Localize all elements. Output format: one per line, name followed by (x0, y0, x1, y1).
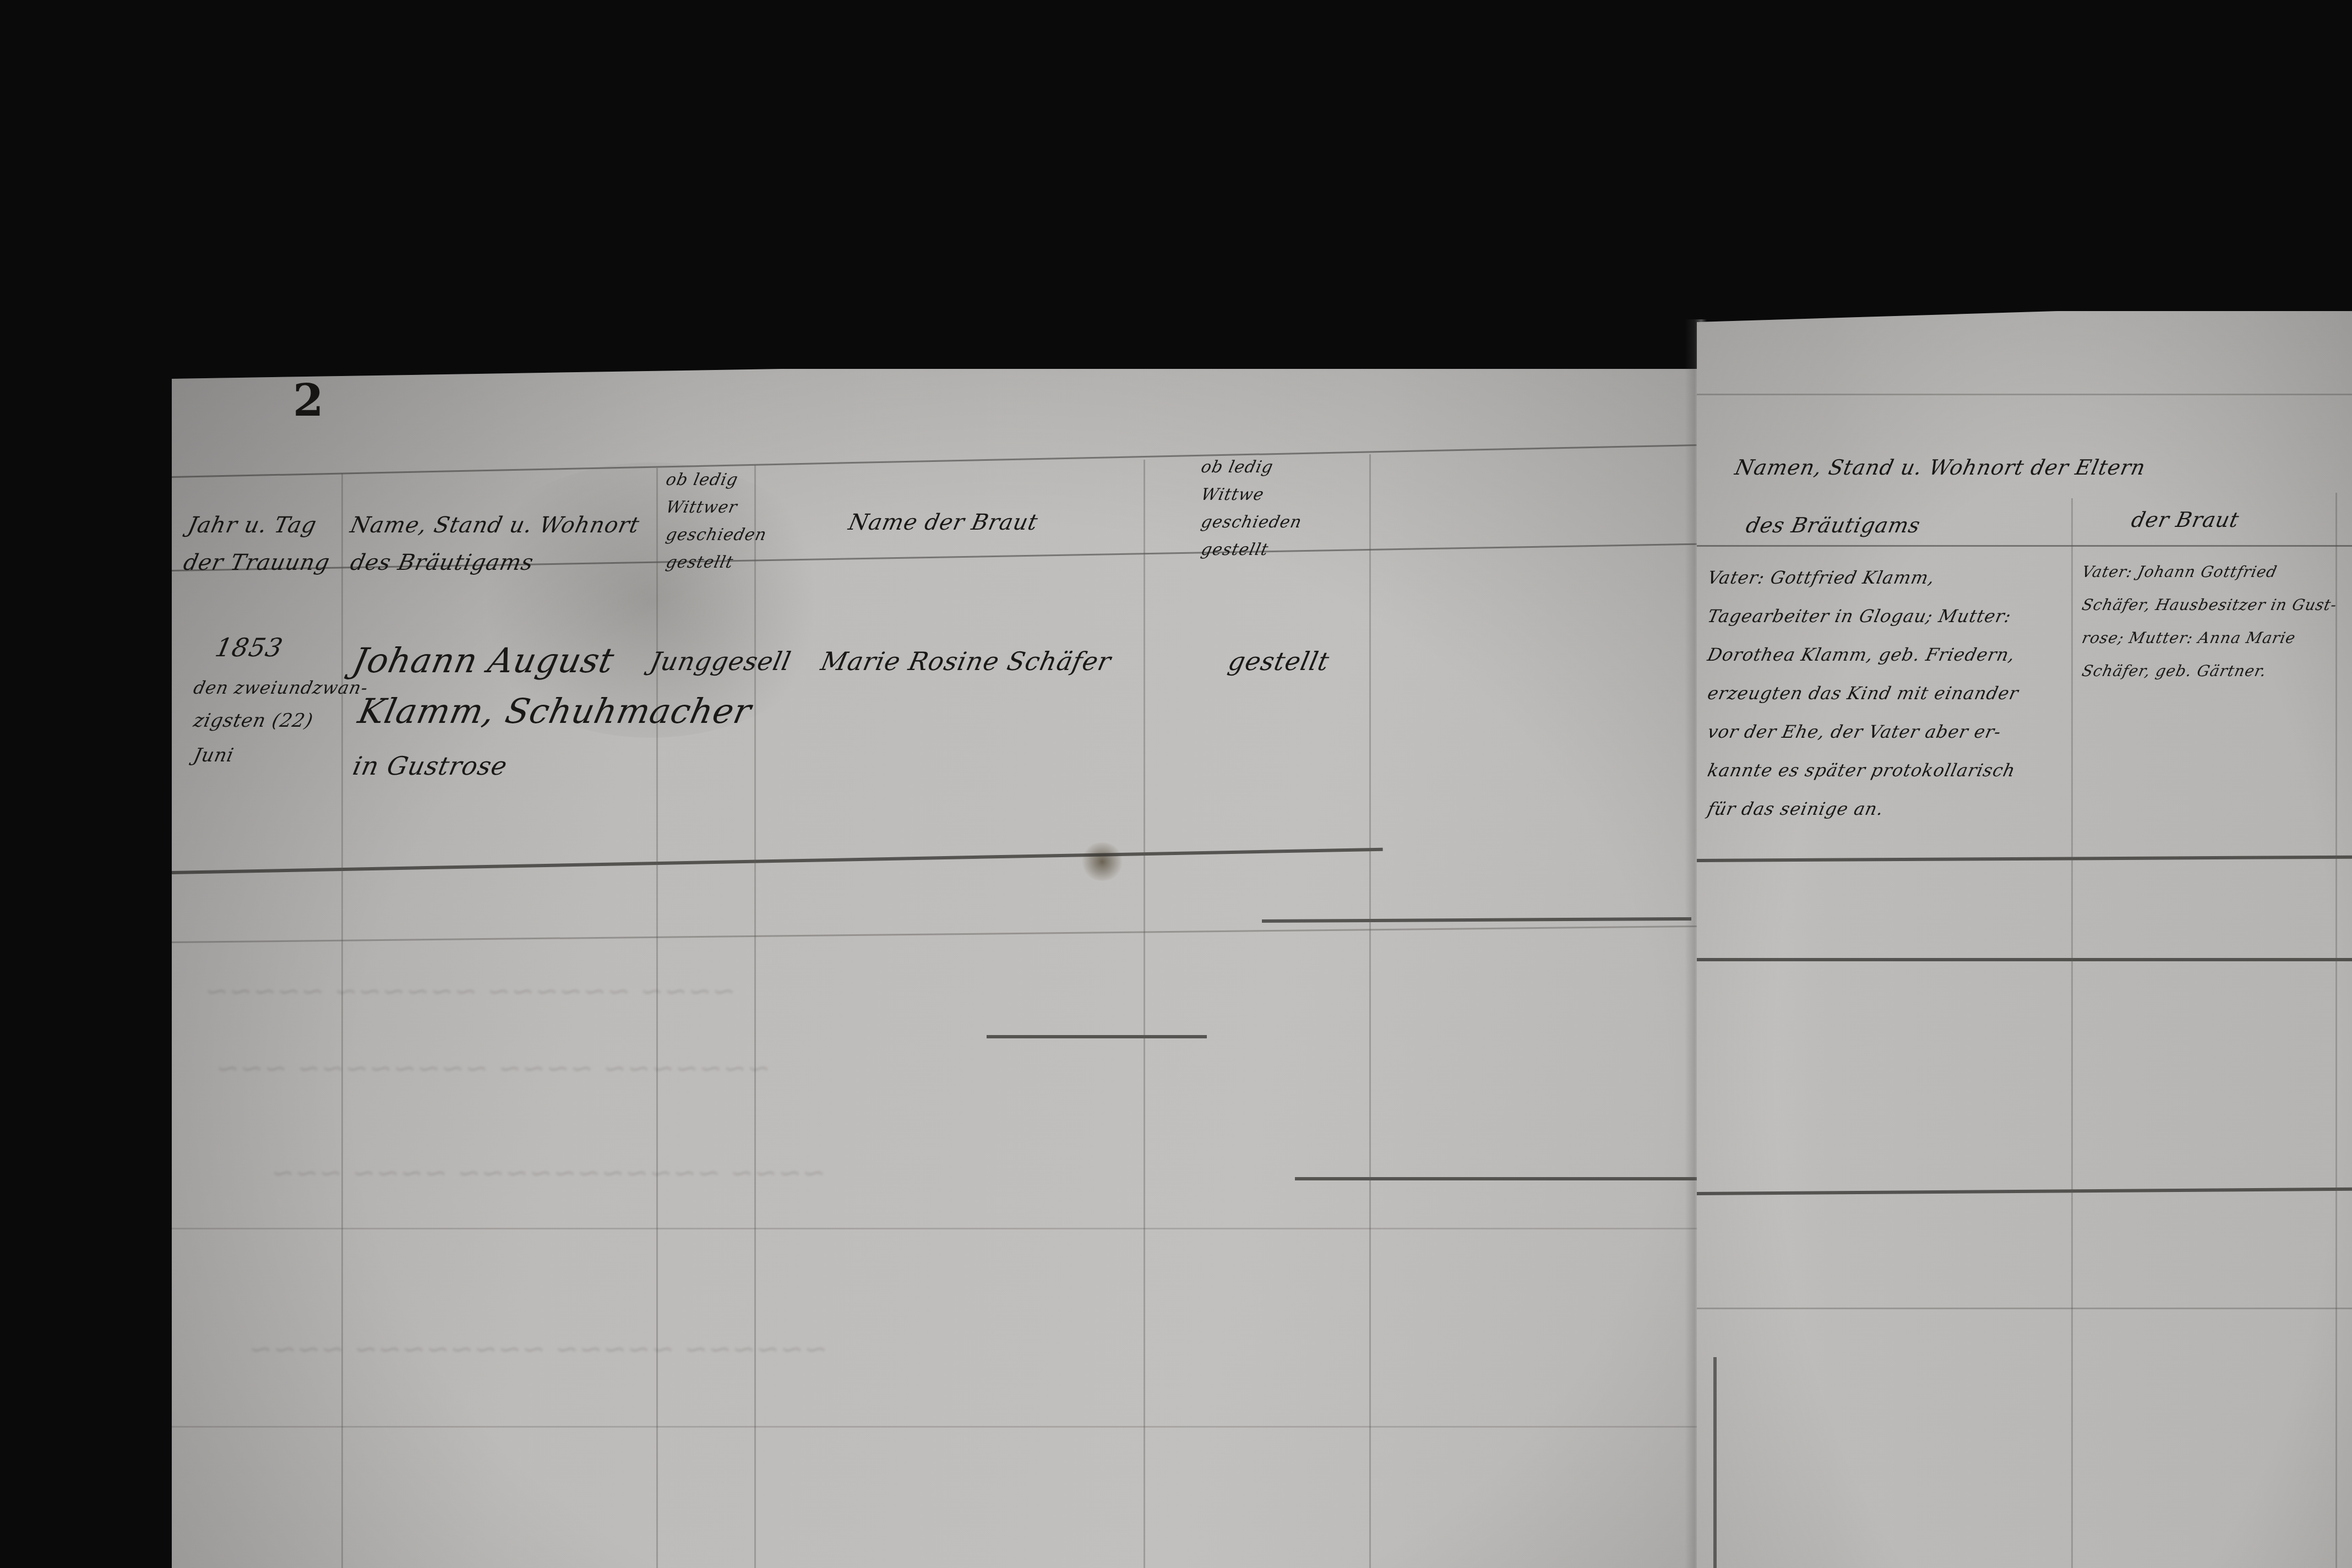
groom-parents-line: Vater: Gottfried Klamm, (1704, 559, 1939, 596)
groom-parents-line: Dorothea Klamm, geb. Friedern, (1704, 636, 2019, 673)
column-rule (1713, 1357, 1717, 1568)
bride-parents-line: Vater: Johann Gottfried (2078, 553, 2281, 591)
groom-parents-line: für das seinige an. (1704, 790, 1887, 827)
row-rule (172, 1228, 1697, 1229)
entry-groom-line: in Gustrose (349, 746, 511, 786)
bleed-through-text: ~~~~~~~ ~~~~ ~~~~~~~~ ~~~ (213, 1052, 775, 1085)
entry-groom-line: Johann August (349, 638, 619, 684)
column-rule (754, 465, 756, 1568)
column-rule (656, 468, 658, 1568)
row-rule (1697, 1308, 2352, 1309)
parents-header-title: Namen, Stand u. Wohnort der Eltern (1732, 449, 2149, 486)
header-bride-line: Name der Braut (845, 504, 1042, 541)
entry-date-line: zigsten (22) (190, 702, 317, 739)
entry-groom-status: Junggesell (646, 641, 794, 681)
entry-bottom-rule (172, 848, 1383, 874)
entry-groom-line: Klamm, Schuhmacher (354, 688, 756, 734)
row-rule (1262, 917, 1691, 923)
header-top-rule (1697, 394, 2352, 395)
column-rule (1144, 460, 1145, 1568)
entry-bottom-rule (1697, 856, 2352, 862)
column-rule (1369, 454, 1371, 1568)
parents-subheader-bride: der Braut (2128, 501, 2243, 538)
column-rule (2335, 493, 2337, 1568)
row-rule (1697, 1188, 2352, 1195)
entry-year: 1853 (211, 628, 286, 667)
groom-parents-line: vor der Ehe, der Vater aber er- (1704, 713, 2005, 750)
header-top-rule (172, 444, 1696, 478)
header-groom-line: des Bräutigams (347, 544, 537, 581)
groom-parents-line: erzeugten das Kind mit einander (1704, 674, 2023, 712)
bride-parents-line: Schäfer, Hausbesitzer in Gust- (2078, 586, 2341, 624)
row-rule (1295, 1177, 1697, 1180)
groom-parents-line: kannte es später protokollarisch (1704, 752, 2019, 789)
header-bride-status-line: gestellt (1197, 531, 1272, 569)
header-date-line: Jahr u. Tag (184, 507, 320, 544)
left-page: 2 Jahr u. Tag der Trauung Name, Stand u.… (172, 369, 1697, 1568)
header-groom-status-line: gestellt (662, 544, 737, 581)
right-page: Namen, Stand u. Wohnort der Eltern des B… (1697, 311, 2352, 1568)
bride-parents-line: Schäfer, geb. Gärtner. (2078, 652, 2271, 690)
column-rule (341, 473, 343, 1568)
entry-bride-name: Marie Rosine Schäfer (817, 641, 1115, 681)
bleed-through-text: ~~~~~~ ~~~~~ ~~~~~~~~ ~~~~ (246, 1332, 831, 1365)
shadow (1697, 311, 2352, 1568)
entry-date-line: Juni (190, 737, 238, 774)
column-rule (2071, 498, 2073, 1568)
entry-date-line: den zweiundzwan- (190, 669, 372, 706)
row-rule (172, 1426, 1697, 1428)
row-rule (987, 1035, 1207, 1038)
groom-parents-line: Tagearbeiter in Glogau; Mutter: (1704, 597, 2015, 635)
page-number: 2 (293, 374, 324, 426)
row-rule (1697, 958, 2352, 961)
bleed-through-text: ~~~~ ~~~~~~~~~~~ ~~~~ ~~~ (268, 1156, 830, 1189)
row-rule (172, 925, 1697, 943)
bride-parents-line: rose; Mutter: Anna Marie (2078, 619, 2300, 657)
stain (1080, 842, 1124, 881)
bleed-through-text: ​~~~~ ~~~~~~ ~~~~~~ ~~~~~ (202, 974, 739, 1008)
header-date-line: der Trauung (180, 544, 334, 581)
parents-subheader-groom: des Bräutigams (1743, 507, 1924, 544)
subheader-rule (1697, 545, 2352, 547)
header-groom-line: Name, Stand u. Wohnort (347, 507, 643, 544)
entry-bride-status: gestellt (1224, 641, 1333, 681)
